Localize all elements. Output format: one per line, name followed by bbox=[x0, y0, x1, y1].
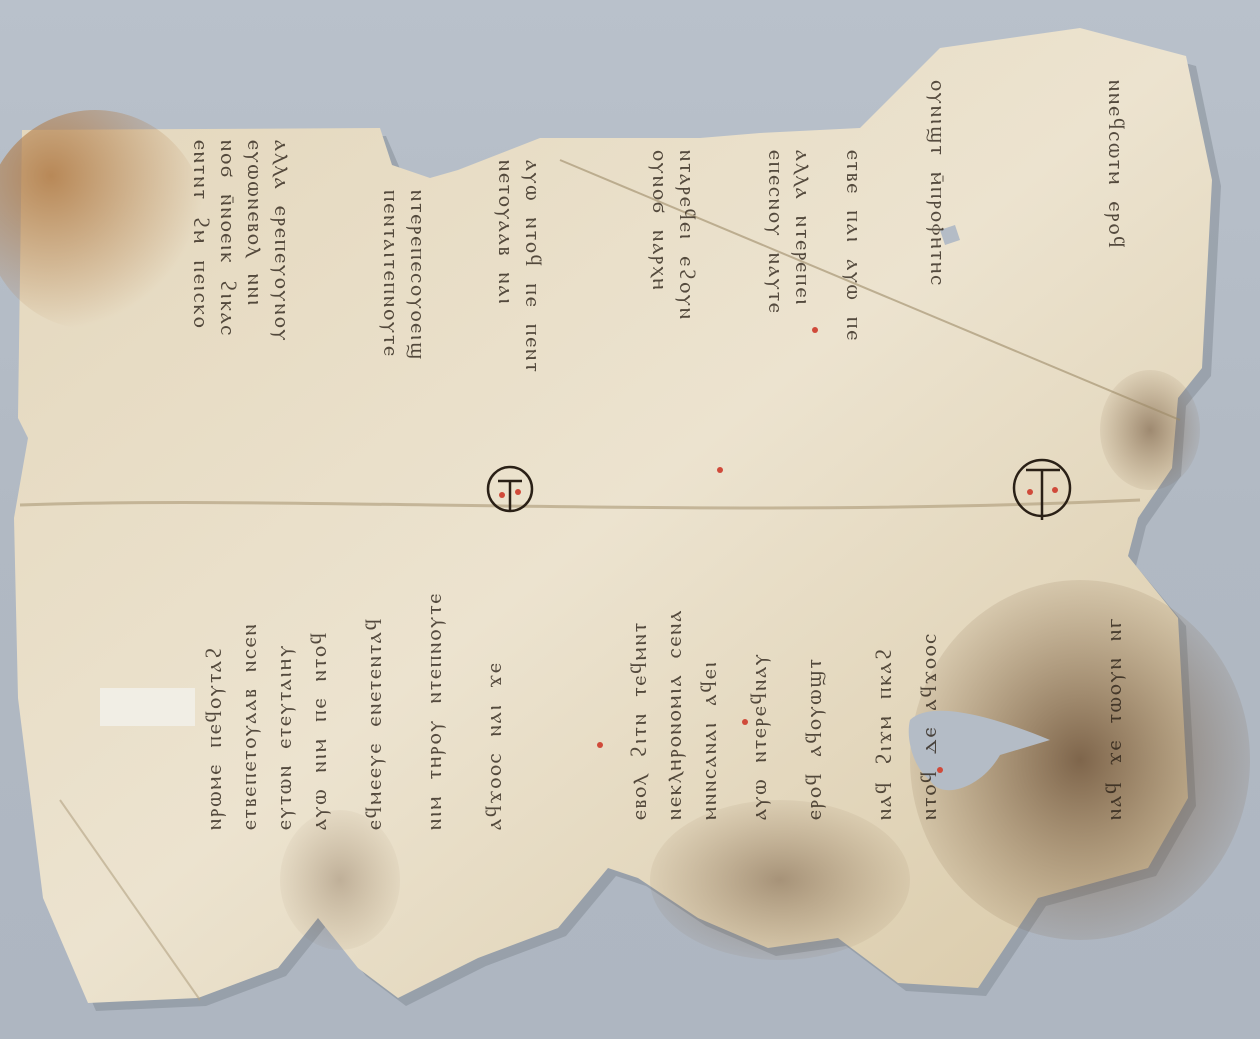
text-column: ⲉϥⲙⲉⲉⲩⲉ ⲉⲛⲉⲧⲉⲛⲧⲁϥ bbox=[360, 617, 390, 830]
text-column: ⲉⲣⲟϥ ⲁϥⲟⲩⲱϣⲧ bbox=[800, 657, 830, 820]
text-column: ⲟⲩⲛⲟϭ ⲛⲁⲣⲭⲏ bbox=[644, 150, 674, 292]
text-column: ⲛⲟϭ ⲛ̄ⲛⲟⲉⲓⲕ ϩⲓⲕⲁⲥ bbox=[212, 140, 242, 337]
text-column: ⲛⲁϥ ϩⲓϫⲙ ⲡⲕⲁϩ bbox=[870, 647, 900, 820]
text-column: ⲁⲩⲱ ⲛⲧⲟϥ ⲡⲉ ⲡⲉⲛⲧ bbox=[517, 160, 547, 374]
text-column: ⲟⲩⲛⲓϣⲧ ⲙ̄ⲡⲣⲟⲫⲏⲧⲏⲥ bbox=[922, 80, 952, 287]
text-column: ⲛⲁϥ ϫⲉ ⲧⲱⲟⲩⲛ ⲛⲅ bbox=[1100, 616, 1130, 820]
photo-stage: ⲉⲛⲧⲛⲧ ϩⲙ ⲡⲉⲓⲥⲕⲟ ⲛⲟϭ ⲛ̄ⲛⲟⲉⲓⲕ ϩⲓⲕⲁⲥ ⲉⲩⲱⲱⲛⲉ… bbox=[0, 0, 1260, 1039]
text-column: ⲁⲗⲗⲁ ⲉⲣⲉⲡⲉⲩⲟⲩⲛⲟⲩ bbox=[266, 140, 296, 343]
text-column: ⲛⲛⲉϥⲥⲱⲧⲙ ⲉⲣⲟϥ bbox=[1100, 80, 1130, 250]
text-column: ⲁⲩⲱ ⲛⲧⲉⲣⲉϥⲛⲁⲩ bbox=[745, 652, 775, 820]
text-column: ⲁϥϫⲟⲟⲥ ⲛⲁⲓ ϫⲉ bbox=[480, 661, 510, 830]
text-column: ⲉⲧⲃⲉ ⲡⲁⲓ ⲁⲩⲱ ⲡⲉ bbox=[838, 150, 868, 342]
text-column: ⲡⲉⲛⲧⲁⲓⲧⲉⲡⲛⲟⲩⲧⲉ bbox=[375, 190, 405, 358]
text-column: ⲛⲧⲉⲣⲉⲡⲉⲥⲟⲩⲟⲉⲓϣ bbox=[402, 190, 432, 361]
text-column: ⲛⲧⲁⲣⲉϥⲉⲓ ⲉϩⲟⲩⲛ bbox=[671, 150, 701, 321]
text-column: ⲙⲛⲛⲥⲁⲛⲁⲓ ⲁϥⲉⲓ bbox=[695, 660, 725, 820]
text-column: ⲛⲣⲱⲙⲉ ⲡⲉϥⲟⲩⲧⲁϩ bbox=[200, 645, 230, 830]
text-column: ⲛⲧⲟϥ ⲇⲉ ⲁϥϫⲟⲟⲥ bbox=[915, 632, 945, 820]
text-column: ⲛⲉⲧⲟⲩⲁⲁⲃ ⲛⲁⲓ bbox=[490, 160, 520, 306]
text-column: ⲉⲛⲧⲛⲧ ϩⲙ ⲡⲉⲓⲥⲕⲟ bbox=[185, 140, 215, 329]
text-column: ⲉⲩⲧⲱⲛ ⲉⲧⲉⲩⲧⲁⲓⲏⲩ bbox=[270, 643, 300, 830]
text-column: ⲉⲧⲃⲉⲡⲉⲧⲟⲩⲁⲁⲃ ⲛⲥⲉⲛ bbox=[235, 622, 265, 830]
text-column: ⲁⲗⲗⲁ ⲛⲧⲉⲣⲉⲡⲉⲓ bbox=[787, 150, 817, 307]
text-column: ⲛⲉⲕⲗⲏⲣⲟⲛⲟⲙⲓⲁ ⲥⲉⲛⲁ bbox=[660, 609, 690, 820]
text-column: ⲁⲩⲱ ⲛⲓⲙ ⲡⲉ ⲛⲧⲟϥ bbox=[305, 631, 335, 830]
text-column: ⲉⲡⲉⲥⲛⲟⲩ ⲛⲁⲩⲧⲉ bbox=[760, 150, 790, 315]
text-column: ⲛⲓⲙ ⲧⲏⲣⲟⲩ ⲛⲧⲉⲡⲛⲟⲩⲧⲉ bbox=[420, 592, 450, 830]
text-column: ⲉⲃⲟⲗ ϩⲓⲧⲛ ⲧⲉϥⲙⲛⲧ bbox=[625, 621, 655, 820]
text-column: ⲉⲩⲱⲱⲛⲉⲃⲟⲗ ⲛⲛⲓ bbox=[239, 140, 269, 307]
